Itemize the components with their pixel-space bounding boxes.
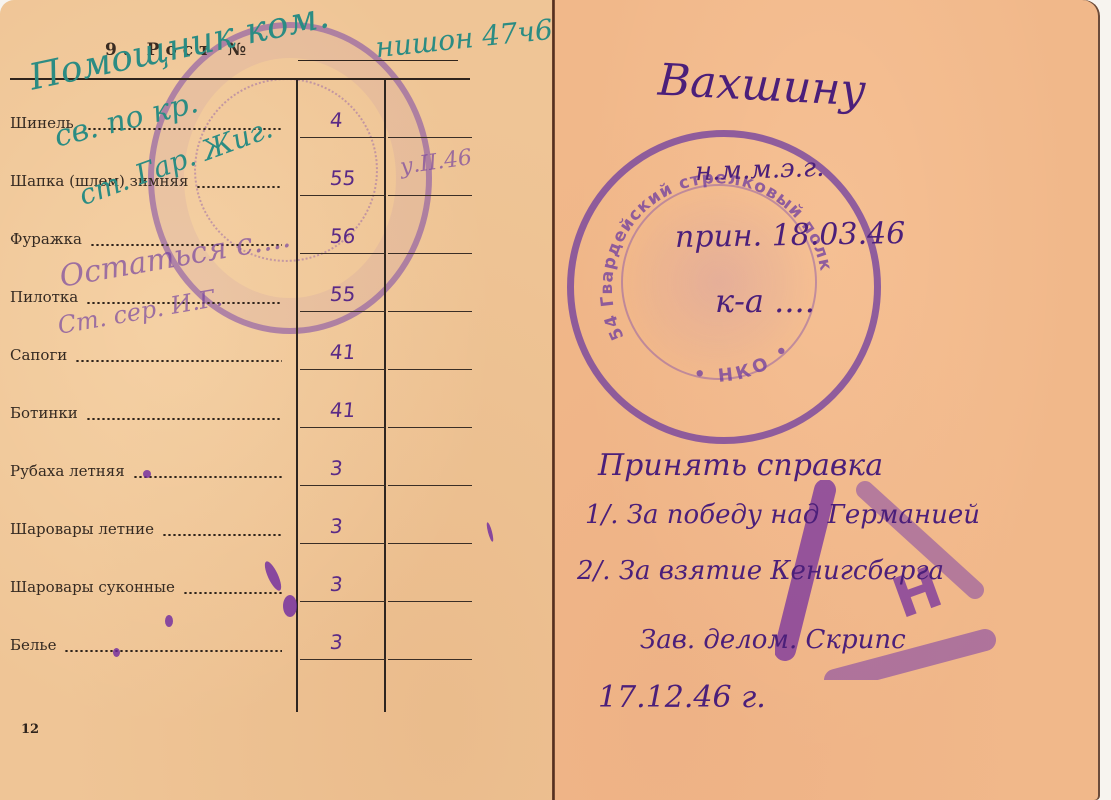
leader-dots bbox=[86, 418, 282, 420]
size-value: 3 bbox=[329, 514, 344, 538]
handwriting-green-corner: нишон 47ч6 bbox=[374, 13, 553, 64]
item-label: Шаровары суконные bbox=[10, 578, 175, 596]
page-number: 12 bbox=[21, 722, 39, 737]
item-label: Сапоги bbox=[10, 346, 67, 364]
award-entry: 2/. За взятие Кенигсберга bbox=[577, 556, 944, 586]
table-row: Шаровары летние3 bbox=[10, 486, 472, 544]
size-value: 4 bbox=[329, 108, 344, 132]
ink-blot bbox=[485, 522, 494, 542]
leader-dots bbox=[133, 476, 282, 478]
table-row: Ботинки41 bbox=[10, 370, 472, 428]
leader-dots bbox=[64, 650, 282, 652]
table-row: Белье3 bbox=[10, 602, 472, 660]
leader-dots bbox=[183, 592, 282, 594]
handwriting-addressee: Вахшину bbox=[657, 55, 867, 117]
size-value: 3 bbox=[329, 572, 344, 596]
table-row: Рубаха летняя3 bbox=[10, 428, 472, 486]
size-value: 3 bbox=[329, 456, 344, 480]
item-label: Рубаха летняя bbox=[10, 462, 125, 480]
handwriting-note: к-а .... bbox=[715, 282, 815, 320]
row-rule bbox=[300, 659, 386, 660]
size-value: 3 bbox=[329, 630, 344, 654]
size-value: 55 bbox=[329, 282, 357, 306]
item-label: Фуражка bbox=[10, 230, 82, 248]
ink-blot bbox=[283, 595, 297, 617]
item-label: Белье bbox=[10, 636, 56, 654]
size-value: 41 bbox=[329, 340, 357, 364]
size-value: 41 bbox=[329, 398, 357, 422]
left-page: 9. Рост № Шинель4Шапка (шлем) зимняя55Фу… bbox=[0, 0, 553, 800]
size-value: 56 bbox=[329, 224, 357, 248]
handwritten-date: 17.12.46 г. bbox=[598, 680, 766, 715]
leader-dots bbox=[75, 360, 282, 362]
ink-blot bbox=[165, 615, 173, 627]
awards-title: Принять справка bbox=[598, 448, 883, 483]
table-row: Шаровары суконные3 bbox=[10, 544, 472, 602]
item-label: Шаровары летние bbox=[10, 520, 154, 538]
handwriting-note: н.м.м.э.г. bbox=[695, 153, 825, 187]
leader-dots bbox=[162, 534, 282, 536]
ink-blot bbox=[113, 648, 120, 657]
handwriting-note: прин. 18.03.46 bbox=[675, 216, 906, 255]
row-rule bbox=[388, 659, 472, 660]
signature: Зав. делом. Скрипс bbox=[640, 625, 906, 655]
ink-blot bbox=[143, 470, 151, 478]
leader-dots bbox=[196, 186, 282, 188]
size-value: 55 bbox=[329, 166, 357, 190]
svg-text:• НКО •: • НКО • bbox=[692, 337, 796, 386]
award-entry: 1/. За победу над Германией bbox=[585, 500, 980, 530]
item-label: Ботинки bbox=[10, 404, 78, 422]
